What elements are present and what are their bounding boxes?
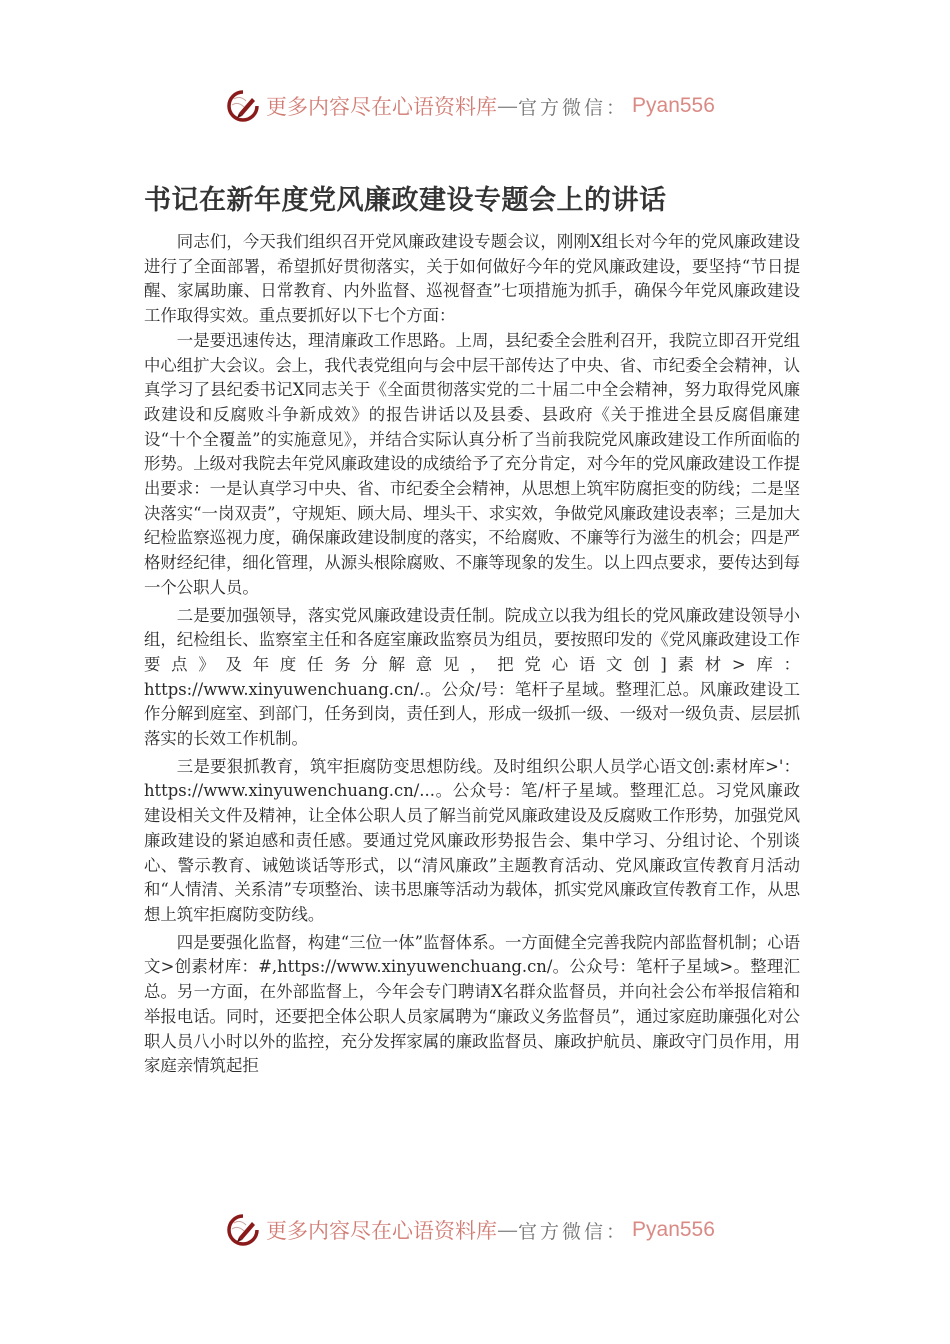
paragraph-point-1: 一是要迅速传达，理清廉政工作思路。上周，县纪委全会胜利召开，我院立即召开党组中心… [144,329,800,601]
document-body: 同志们，今天我们组织召开党风廉政建设专题会议，刚刚X组长对今年的党风廉政建设进行… [144,230,800,1079]
pen-nib-logo-icon [226,1213,260,1247]
banner-wechat-label: 官方微信： [518,93,628,120]
banner-wechat-id: Pyan556 [632,1218,715,1242]
banner-main-text: 更多内容尽在心语资料库 [266,1215,497,1245]
header-banner: 更多内容尽在心语资料库 — 官方微信： Pyan556 [226,86,715,126]
paragraph-point-3: 三是要狠抓教育，筑牢拒腐防变思想防线。及时组织公职人员学心语文创:素材库>'：h… [144,755,800,928]
banner-wechat-label: 官方微信： [518,1217,628,1244]
banner-dash: — [497,1218,518,1242]
paragraph-intro: 同志们，今天我们组织召开党风廉政建设专题会议，刚刚X组长对今年的党风廉政建设进行… [144,230,800,329]
pen-nib-logo-icon [226,89,260,123]
banner-wechat-id: Pyan556 [632,94,715,118]
document-title: 书记在新年度党风廉政建设专题会上的讲话 [144,178,667,217]
banner-main-text: 更多内容尽在心语资料库 [266,91,497,121]
banner-dash: — [497,94,518,118]
footer-banner: 更多内容尽在心语资料库 — 官方微信： Pyan556 [226,1210,715,1250]
paragraph-point-2: 二是要加强领导，落实党风廉政建设责任制。院成立以我为组长的党风廉政建设领导小组，… [144,604,800,752]
paragraph-point-4: 四是要强化监督，构建“三位一体”监督体系。一方面健全完善我院内部监督机制；心语文… [144,931,800,1079]
